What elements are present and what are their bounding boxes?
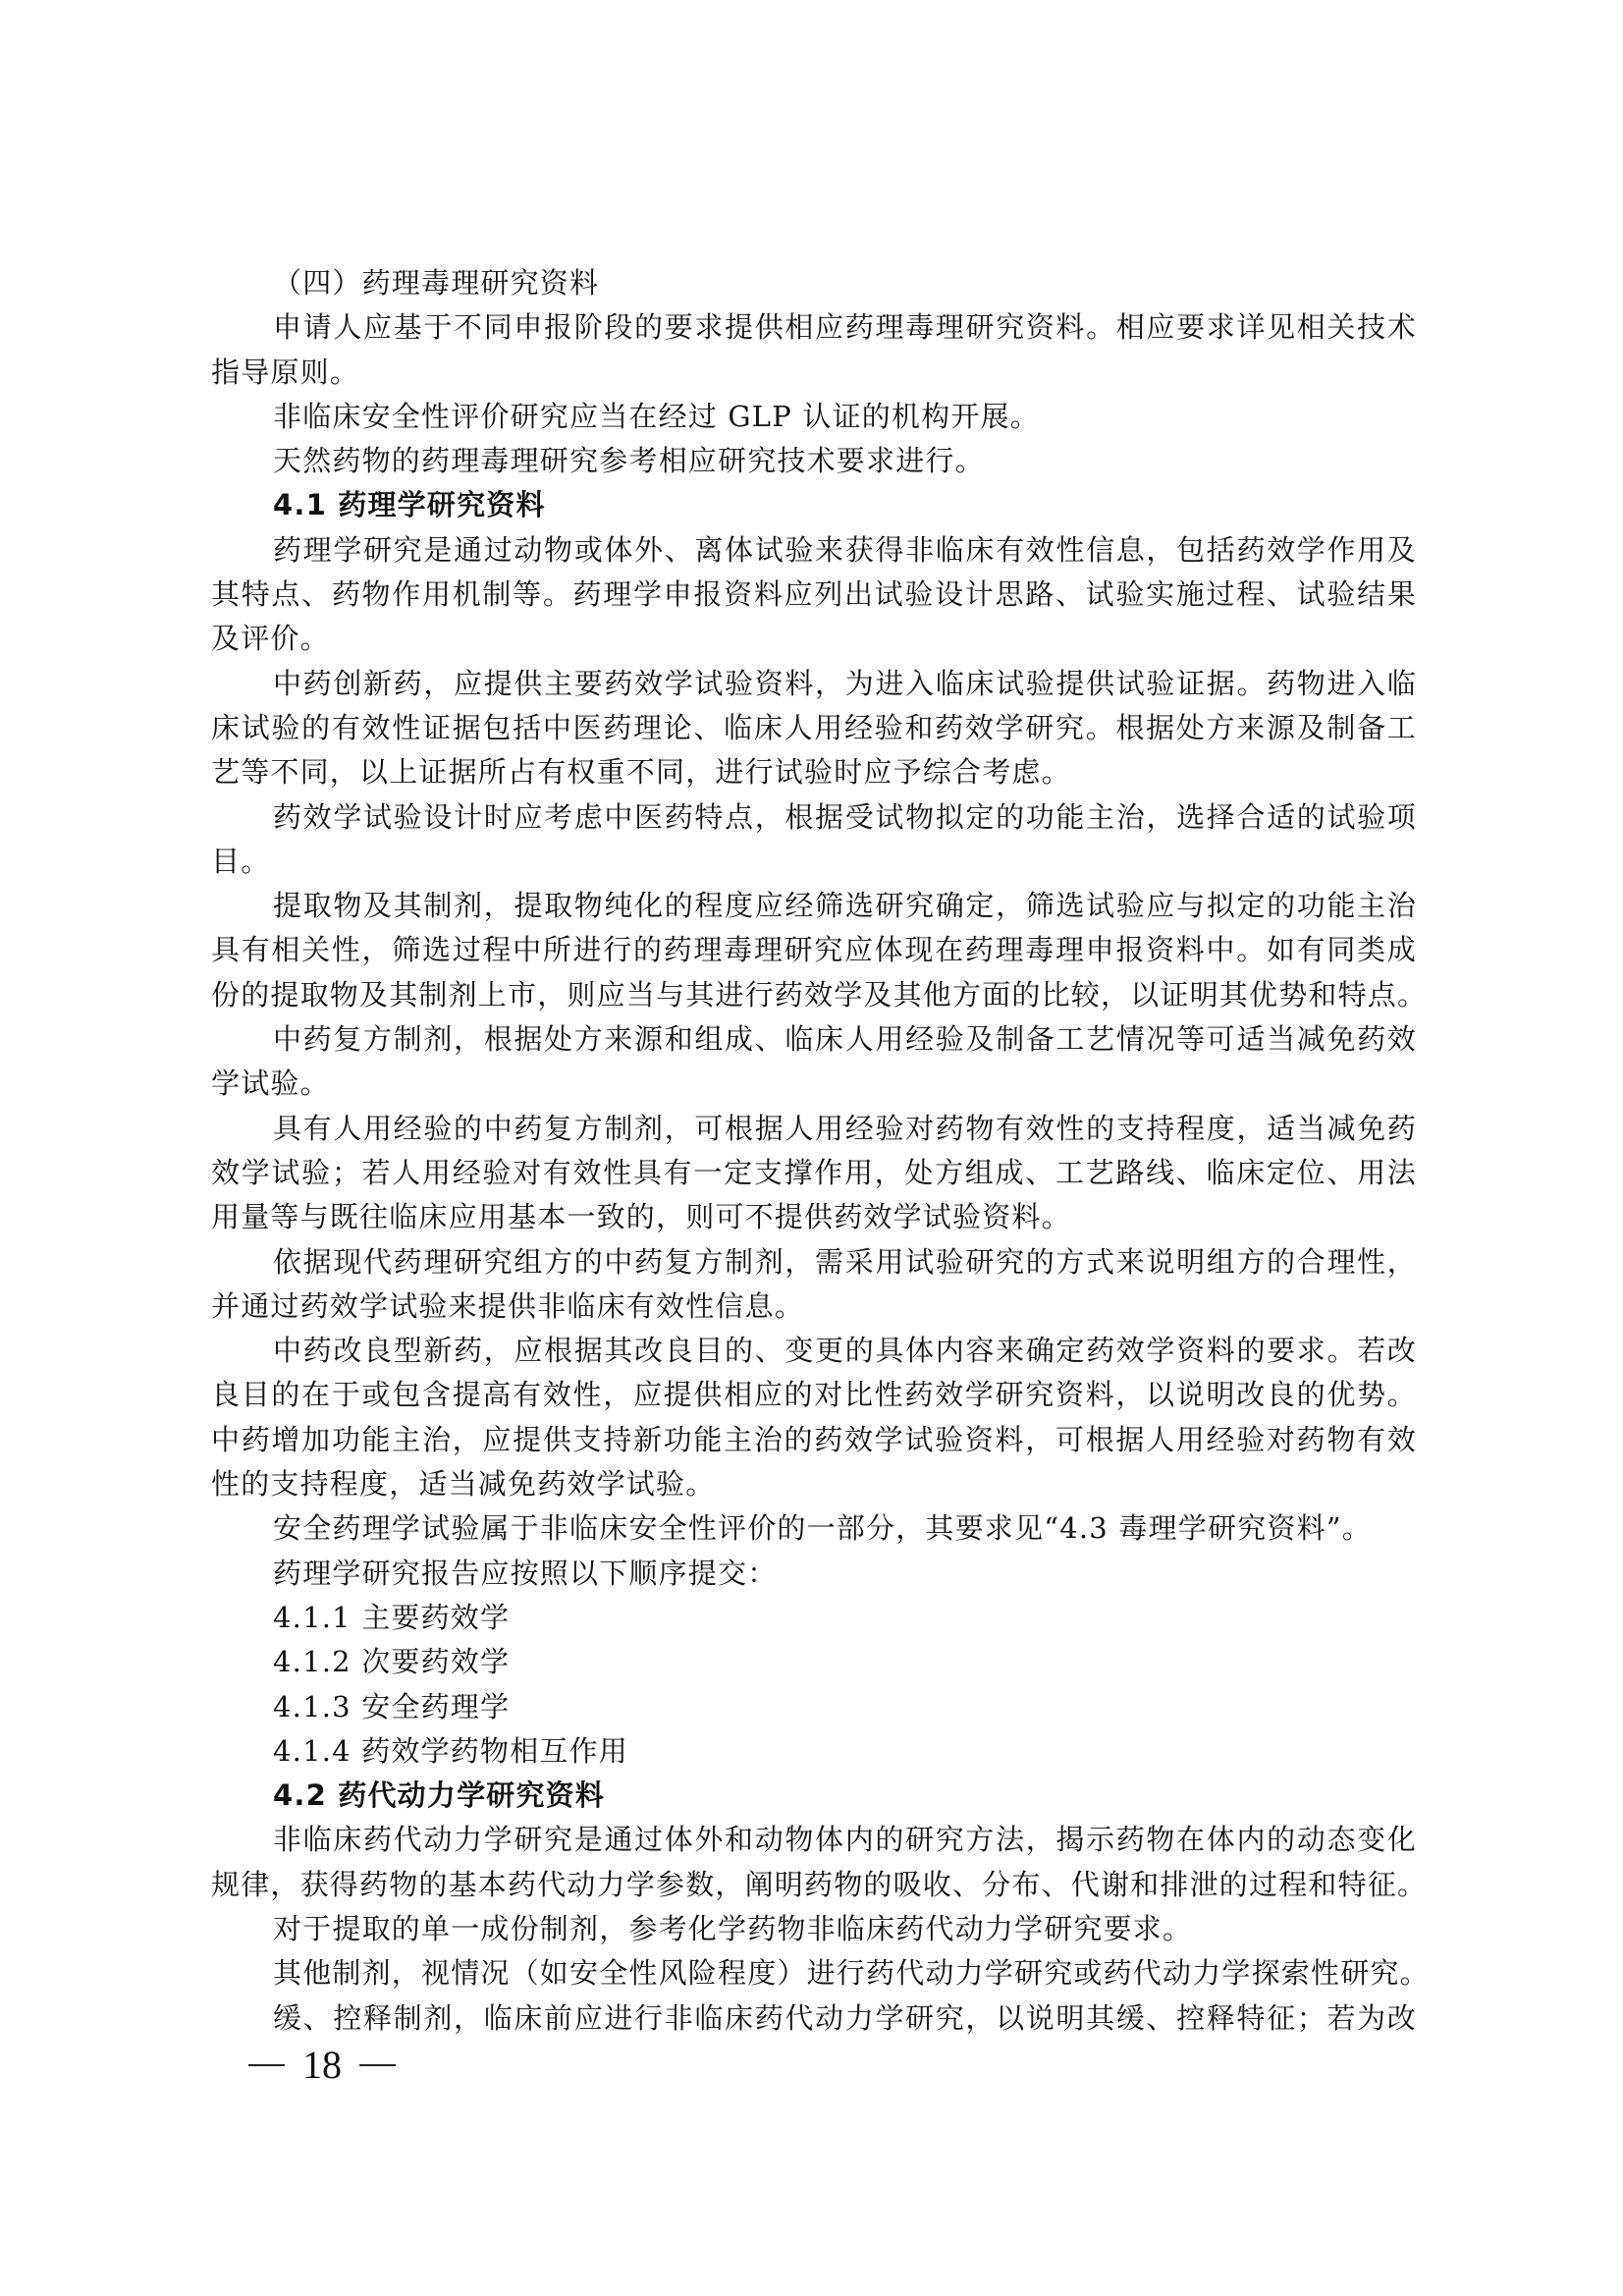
paragraph-line: 学试验。 xyxy=(211,1062,1417,1106)
paragraph-line: 目。 xyxy=(211,840,1417,884)
paragraph-line: 药效学试验设计时应考虑中医药特点，根据受试物拟定的功能主治，选择合适的试验项 xyxy=(211,795,1417,840)
dash-left xyxy=(248,2064,285,2066)
paragraph-line: 良目的在于或包含提高有效性，应提供相应的对比性药效学研究资料，以说明改良的优势。 xyxy=(211,1373,1417,1417)
paragraph-line: 提取物及其制剂，提取物纯化的程度应经筛选研究确定，筛选试验应与拟定的功能主治 xyxy=(211,884,1417,928)
section-title: （四）药理毒理研究资料 xyxy=(211,261,1417,305)
paragraph-line: 非临床安全性评价研究应当在经过 GLP 认证的机构开展。 xyxy=(211,395,1417,439)
paragraph-line: 指导原则。 xyxy=(211,351,1417,395)
paragraph-line: 效学试验；若人用经验对有效性具有一定支撑作用，处方组成、工艺路线、临床定位、用法 xyxy=(211,1151,1417,1195)
page-footer: 18 xyxy=(248,2041,396,2090)
paragraph-line: 天然药物的药理毒理研究参考相应研究技术要求进行。 xyxy=(211,439,1417,483)
document-page: （四）药理毒理研究资料 申请人应基于不同申报阶段的要求提供相应药理毒理研究资料。… xyxy=(211,261,1417,2041)
paragraph-line: 依据现代药理研究组方的中药复方制剂，需采用试验研究的方式来说明组方的合理性， xyxy=(211,1240,1417,1285)
paragraph-line: 性的支持程度，适当减免药效学试验。 xyxy=(211,1462,1417,1506)
page-number: 18 xyxy=(302,2041,342,2090)
paragraph-line: 其特点、药物作用机制等。药理学申报资料应列出试验设计思路、试验实施过程、试验结果 xyxy=(211,573,1417,617)
paragraph-line: 中药增加功能主治，应提供支持新功能主治的药效学试验资料，可根据人用经验对药物有效 xyxy=(211,1418,1417,1462)
paragraph-line: 申请人应基于不同申报阶段的要求提供相应药理毒理研究资料。相应要求详见相关技术 xyxy=(211,305,1417,350)
paragraph-line: 并通过药效学试验来提供非临床有效性信息。 xyxy=(211,1285,1417,1329)
paragraph-line: 安全药理学试验属于非临床安全性评价的一部分，其要求见“4.3 毒理学研究资料”。 xyxy=(211,1506,1417,1551)
list-item: 4.1.3 安全药理学 xyxy=(211,1685,1417,1729)
paragraph-line: 及评价。 xyxy=(211,617,1417,661)
dash-right xyxy=(359,2064,396,2066)
paragraph-line: 药理学研究是通过动物或体外、离体试验来获得非临床有效性信息，包括药效学作用及 xyxy=(211,528,1417,573)
list-item: 4.1.4 药效学药物相互作用 xyxy=(211,1729,1417,1774)
subsection-heading-4-2: 4.2 药代动力学研究资料 xyxy=(211,1774,1417,1818)
paragraph-line: 份的提取物及其制剂上市，则应当与其进行药效学及其他方面的比较，以证明其优势和特点… xyxy=(211,973,1417,1017)
paragraph-line: 中药复方制剂，根据处方来源和组成、临床人用经验及制备工艺情况等可适当减免药效 xyxy=(211,1017,1417,1062)
subsection-heading-4-1: 4.1 药理学研究资料 xyxy=(211,483,1417,527)
paragraph-line: 用量等与既往临床应用基本一致的，则可不提供药效学试验资料。 xyxy=(211,1195,1417,1239)
paragraph-line: 床试验的有效性证据包括中医药理论、临床人用经验和药效学研究。根据处方来源及制备工 xyxy=(211,706,1417,750)
paragraph-line: 具有相关性，筛选过程中所进行的药理毒理研究应体现在药理毒理申报资料中。如有同类成 xyxy=(211,928,1417,972)
paragraph-line: 规律，获得药物的基本药代动力学参数，阐明药物的吸收、分布、代谢和排泄的过程和特征… xyxy=(211,1863,1417,1907)
paragraph-line: 缓、控释制剂，临床前应进行非临床药代动力学研究，以说明其缓、控释特征；若为改 xyxy=(211,1996,1417,2041)
paragraph-line: 艺等不同，以上证据所占有权重不同，进行试验时应予综合考虑。 xyxy=(211,750,1417,794)
paragraph-line: 中药创新药，应提供主要药效学试验资料，为进入临床试验提供试验证据。药物进入临 xyxy=(211,662,1417,706)
paragraph-line: 中药改良型新药，应根据其改良目的、变更的具体内容来确定药效学资料的要求。若改 xyxy=(211,1329,1417,1373)
paragraph-line: 具有人用经验的中药复方制剂，可根据人用经验对药物有效性的支持程度，适当减免药 xyxy=(211,1107,1417,1151)
list-item: 4.1.1 主要药效学 xyxy=(211,1596,1417,1640)
paragraph-line: 非临床药代动力学研究是通过体外和动物体内的研究方法，揭示药物在体内的动态变化 xyxy=(211,1818,1417,1862)
paragraph-line: 对于提取的单一成份制剂，参考化学药物非临床药代动力学研究要求。 xyxy=(211,1907,1417,1951)
paragraph-line: 药理学研究报告应按照以下顺序提交： xyxy=(211,1552,1417,1596)
report-order-list: 4.1.1 主要药效学 4.1.2 次要药效学 4.1.3 安全药理学 4.1.… xyxy=(211,1596,1417,1774)
list-item: 4.1.2 次要药效学 xyxy=(211,1640,1417,1684)
paragraph-line: 其他制剂，视情况（如安全性风险程度）进行药代动力学研究或药代动力学探索性研究。 xyxy=(211,1951,1417,1995)
